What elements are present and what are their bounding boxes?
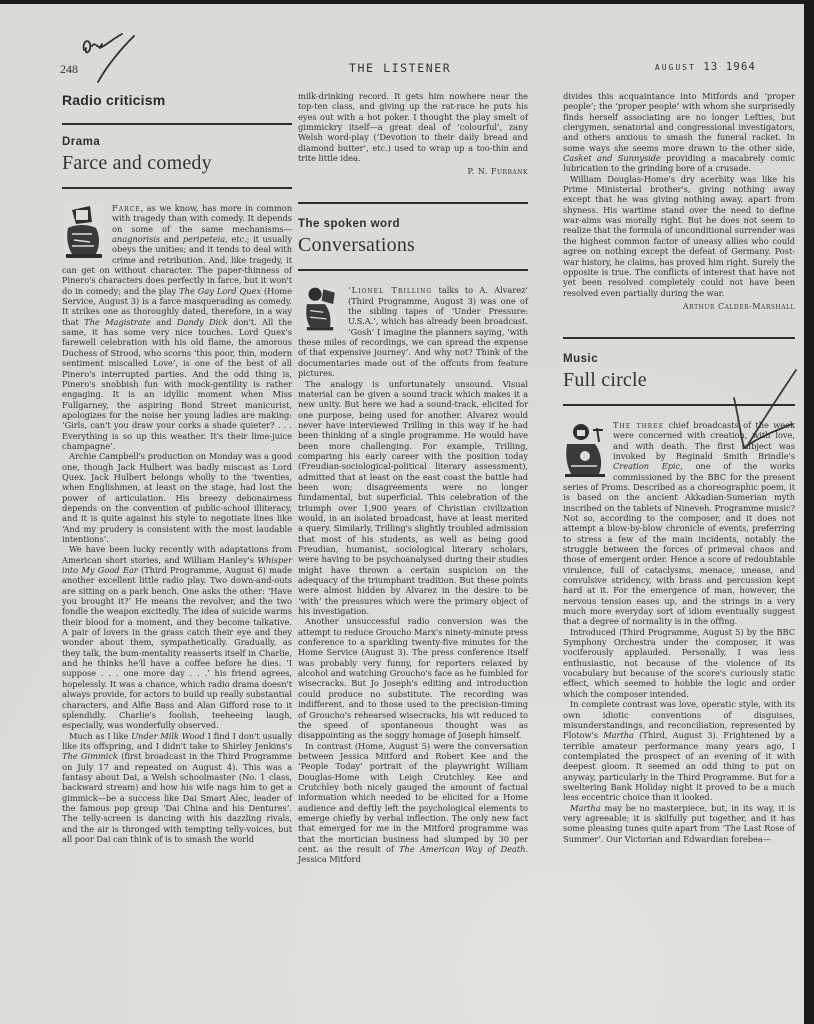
divider (62, 187, 292, 189)
headline-full-circle: Full circle (563, 369, 795, 392)
byline-calder-marshall: Arthur Calder-Marshall (563, 302, 795, 311)
divider (298, 269, 528, 271)
divider (62, 123, 292, 125)
article-body: The three chief broadcasts of the week w… (563, 420, 795, 844)
issue-date: AUGUST 13 1964 (655, 61, 756, 73)
scan-border (804, 0, 814, 1024)
newspaper-page: 248 THE LISTENER AUGUST 13 1964 Radio cr… (0, 4, 804, 1024)
woodcut-lyre-figure-icon (563, 421, 607, 479)
masthead: 248 THE LISTENER AUGUST 13 1964 (60, 62, 756, 78)
divider (563, 337, 795, 339)
paragraph: William Douglas-Home's dry acerbity was … (563, 174, 795, 298)
paragraph: Another unsuccessful radio conversion wa… (298, 616, 528, 740)
paragraph: Martha may be no masterpiece, but, in it… (563, 803, 795, 844)
article-body: ‘Lionel Trilling talks to A. Alvarez’ (T… (298, 285, 528, 864)
article-body-continuation: divides this acquaintance into Mitfords … (563, 91, 795, 298)
paragraph: In complete contrast was love, operatic … (563, 699, 795, 802)
column-music: divides this acquaintance into Mitfords … (563, 91, 795, 844)
paragraph: We have been lucky recently with adaptat… (62, 544, 292, 730)
paragraph: In contrast (Home, August 5) were the co… (298, 741, 528, 865)
divider (563, 404, 795, 406)
headline-farce-and-comedy: Farce and comedy (62, 152, 292, 175)
paragraph: Archie Campbell's production on Monday w… (62, 451, 292, 544)
woodcut-mask-figure-icon (62, 204, 106, 260)
kicker-music: Music (563, 353, 795, 365)
divider (298, 202, 528, 204)
paragraph: Introduced (Third Programme, August 5) b… (563, 627, 795, 699)
headline-conversations: Conversations (298, 234, 528, 257)
woodcut-reading-figure-icon (298, 286, 342, 332)
byline-furbank: P. N. Furbank (298, 167, 528, 176)
article-body-continuation: milk-drinking record. It gets him nowher… (298, 91, 528, 163)
column-spoken-word: milk-drinking record. It gets him nowher… (298, 91, 528, 865)
page-number: 248 (60, 62, 78, 77)
paragraph: The analogy is unfortunately unsound. Vi… (298, 379, 528, 617)
kicker-spoken-word: The spoken word (298, 218, 528, 230)
column-drama: Radio criticism Drama Farce and comedy F… (62, 92, 292, 844)
article-body: Farce, as we know, has more in common wi… (62, 203, 292, 844)
publication-title: THE LISTENER (349, 61, 451, 75)
kicker-drama: Drama (62, 136, 292, 148)
paragraph: Much as I like Under Milk Wood I find I … (62, 731, 292, 845)
section-title: Radio criticism (62, 92, 292, 108)
